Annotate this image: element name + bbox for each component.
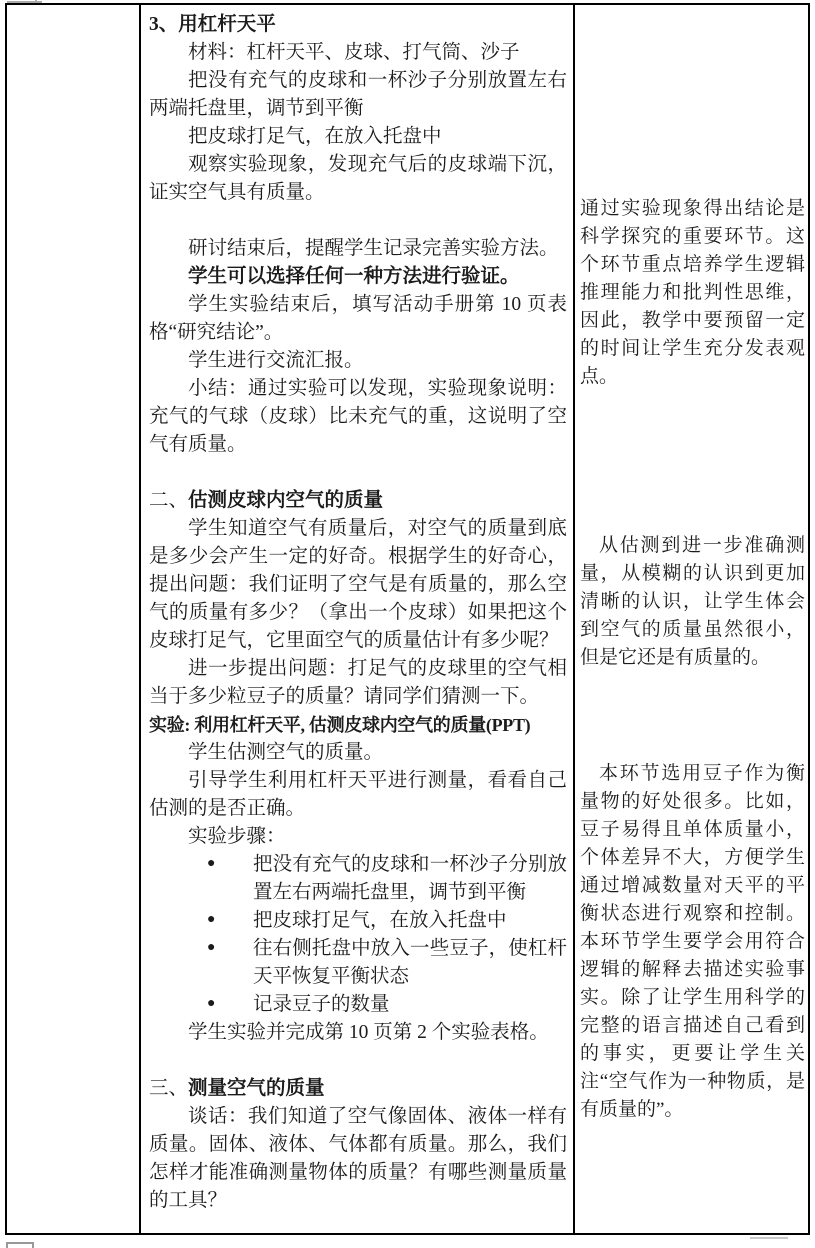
paragraph-report: 学生进行交流汇报。 [149,347,567,375]
paragraph-setup: 把没有充气的皮球和一杯沙子分别放置左右两端托盘里，调节到平衡 [149,67,567,123]
list-item-step-4: ●记录豆子的数量 [149,991,567,1019]
heading-section-3-number: 三、 [149,1078,188,1099]
paragraph-talk: 谈话：我们知道了空气像固体、液体一样有质量。固体、液体、气体都有质量。那么，我们… [149,1103,567,1215]
paragraph-curiosity: 学生知道空气有质量后，对空气的质量到底是多少会产生一定的好奇。根据学生的好奇心，… [149,515,567,655]
table-cell-empty-left [7,5,141,1233]
heading-section-3-title: 测量空气的质量 [188,1078,325,1099]
note-estimation-to-measurement: 从估测到进一步准确测量，从模糊的认识到更加清晰的认识，让学生体会到空气的质量虽然… [580,532,805,672]
paragraph-choose-method: 学生可以选择任何一种方法进行验证。 [149,263,567,291]
paragraph-complete-table: 学生实验并完成第 10 页第 2 个实验表格。 [149,1019,567,1047]
heading-section-2-number: 二、 [149,490,188,511]
table-cell-teaching-process: 3、用杠杆天平 材料：杠杆天平、皮球、打气筒、沙子 把没有充气的皮球和一杯沙子分… [141,5,575,1233]
table-cell-design-intent: 通过实验现象得出结论是科学探究的重要环节。这个环节重点培养学生逻辑推理能力和批判… [575,5,808,1233]
paragraph-further-question: 进一步提出问题：打足气的皮球里的空气相当于多少粒豆子的质量？请同学们猜测一下。 [149,655,567,711]
heading-method-3: 3、用杠杆天平 [149,11,567,39]
heading-section-2-title: 估测皮球内空气的质量 [188,490,383,511]
paragraph-summary: 小结：通过实验可以发现，实验现象说明：充气的气球（皮球）比未充气的重，这说明了空… [149,375,567,459]
list-item-step-1: ●把没有充气的皮球和一杯沙子分别放置左右两端托盘里，调节到平衡 [149,851,567,907]
blank-line [149,459,567,487]
paragraph-inflate: 把皮球打足气，在放入托盘中 [149,123,567,151]
note-beans-as-measure: 本环节选用豆子作为衡量物的好处很多。比如，豆子易得且单体质量小，个体差异不大，方… [580,760,805,1124]
paragraph-observe: 观察实验现象，发现充气后的皮球端下沉，证实空气具有质量。 [149,151,567,207]
lesson-plan-table: 3、用杠杆天平 材料：杠杆天平、皮球、打气筒、沙子 把没有充气的皮球和一杯沙子分… [5,3,810,1235]
paragraph-materials: 材料：杠杆天平、皮球、打气筒、沙子 [149,39,567,67]
document-page: 3、用杠杆天平 材料：杠杆天平、皮球、打气筒、沙子 把没有充气的皮球和一杯沙子分… [0,0,815,1248]
bullet-icon: ● [207,906,215,934]
step-3-text: 往右侧托盘中放入一些豆子，使杠杆天平恢复平衡状态 [253,938,567,987]
bullet-icon: ● [207,934,215,962]
scan-artifact-bottom-right-line [750,1237,788,1239]
bullet-icon: ● [207,850,215,878]
next-page-table-fragment [6,1242,34,1248]
blank-line [149,207,567,235]
step-2-text: 把皮球打足气，在放入托盘中 [253,910,507,931]
paragraph-fill-table: 学生实验结束后，填写活动手册第 10 页表格“研究结论”。 [149,291,567,347]
note-conclusion-reasoning: 通过实验现象得出结论是科学探究的重要环节。这个环节重点培养学生逻辑推理能力和批判… [580,195,805,391]
paragraph-remind: 研讨结束后，提醒学生记录完善实验方法。 [149,235,567,263]
list-item-step-2: ●把皮球打足气，在放入托盘中 [149,907,567,935]
heading-section-2: 二、估测皮球内空气的质量 [149,487,567,515]
heading-section-3: 三、测量空气的质量 [149,1075,567,1103]
step-1-text: 把没有充气的皮球和一杯沙子分别放置左右两端托盘里，调节到平衡 [253,854,567,903]
paragraph-estimate: 学生估测空气的质量。 [149,739,567,767]
list-item-step-3: ●往右侧托盘中放入一些豆子，使杠杆天平恢复平衡状态 [149,935,567,991]
paragraph-guide: 引导学生利用杠杆天平进行测量，看看自己估测的是否正确。 [149,767,567,823]
bullet-icon: ● [207,990,215,1018]
blank-line [149,1047,567,1075]
experiment-steps-list: ●把没有充气的皮球和一杯沙子分别放置左右两端托盘里，调节到平衡 ●把皮球打足气，… [149,851,567,1019]
step-4-text: 记录豆子的数量 [253,994,390,1015]
paragraph-steps-label: 实验步骤： [149,823,567,851]
paragraph-experiment-title: 实验: 利用杠杆天平, 估测皮球内空气的质量(PPT) [149,711,567,739]
